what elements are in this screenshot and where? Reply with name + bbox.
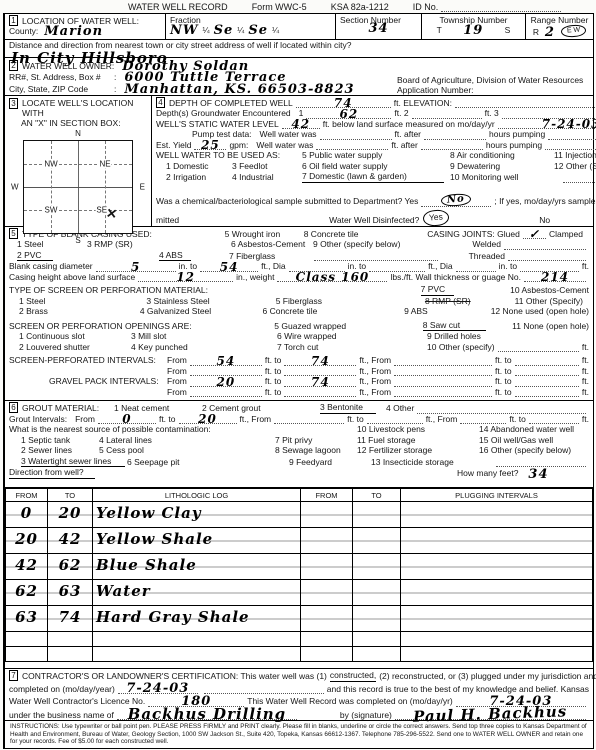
section-square: NW NE SW SE ✕	[23, 140, 133, 234]
section2-number: 2	[9, 60, 18, 71]
grout-to-blank: 20	[179, 416, 237, 424]
litho-row: 0 20 Yellow Clay	[6, 502, 593, 528]
gp4-from-blank	[394, 389, 492, 397]
form-body: 1 LOCATION OF WATER WELL: County: Marion…	[3, 13, 594, 749]
static-value: 42	[291, 121, 310, 128]
signature-blank: Paul H. Backhus	[395, 712, 586, 720]
litho-row: 42 62 Blue Shale	[6, 554, 593, 580]
square-horizontal-line	[24, 187, 132, 188]
litho-from: 42	[15, 556, 38, 574]
ft-to-label: ft. to	[509, 414, 526, 425]
signature-label: by (signature)	[340, 710, 392, 721]
ft-to-label: ft. to	[265, 355, 282, 366]
gp4-to-blank	[515, 389, 579, 397]
litho-empty-row	[6, 647, 593, 662]
grout-title: GROUT MATERIAL:	[22, 403, 114, 414]
litho-desc: Blue Shale	[96, 556, 197, 574]
gravel-intervals-label: GRAVEL PACK INTERVALS:	[9, 376, 167, 387]
screen-option-1: 1 Steel	[9, 296, 146, 307]
ft-dia-label: ft., Dia	[428, 261, 453, 272]
section-location-depth: 3 LOCATE WELL'S LOCATION WITH AN "X" IN …	[5, 96, 593, 227]
contam-option-3-selected: 3 Watertight sewer lines	[21, 456, 125, 468]
elevation-blank	[455, 100, 596, 108]
use-option-12: 12 Other (Specify below)	[554, 161, 596, 172]
gp-from-value: 20	[216, 379, 235, 386]
section-casing: 5 TYPE OF BLANK CASING USED: 5 Wrought i…	[5, 227, 593, 401]
use-option-10: 10 Monitoring well	[450, 172, 560, 183]
well-water-was: Well water was	[260, 129, 317, 140]
section3-number: 3	[9, 98, 18, 109]
screen-option-2: 2 Brass	[9, 306, 140, 317]
contam-option-8: 8 Sewage lagoon	[275, 445, 357, 456]
section6-number: 6	[9, 402, 18, 413]
business-name-label: under the business name of	[9, 710, 114, 721]
opening-option-11: 11 None (open hole)	[512, 321, 589, 332]
litho-desc: Hard Gray Shale	[96, 608, 250, 626]
use-option-4: 4 Industrial	[232, 172, 302, 183]
col-header-plugging: PLUGGING INTERVALS	[401, 489, 593, 502]
screen-option-9: 9 ABS	[404, 306, 461, 317]
casing-option-9: 9 Other (specify below)	[313, 239, 441, 250]
screen-intervals-label: SCREEN-PERFORATED INTERVALS:	[9, 355, 167, 366]
diameter-in-value: 5	[131, 264, 140, 271]
county-value: Marion	[44, 28, 103, 36]
opening-option-5: 5 Guazed wrapped	[274, 321, 422, 332]
id-blank	[441, 4, 561, 12]
constructed-underlined: constructed,	[330, 670, 376, 682]
dashed-line	[51, 141, 52, 233]
form-header: WATER WELL RECORD Form WWC-5 KSA 82a-121…	[0, 0, 596, 12]
col-header-from2: FROM	[301, 489, 353, 502]
weight-value: Class 160	[296, 274, 370, 281]
static-blank: 42	[282, 121, 320, 129]
use-option-9: 9 Dewatering	[450, 161, 554, 172]
contam-option-11: 11 Fuel storage	[357, 435, 479, 446]
sample-answer-blank: No	[421, 199, 491, 207]
township-cell: Township Number T 19 S	[421, 14, 525, 39]
wall-thickness-label: lbs./ft. Wall thickness or guage No.	[390, 272, 521, 283]
section-certification: 7 CONTRACTOR'S OR LANDOWNER'S CERTIFICAT…	[5, 668, 593, 748]
compass-west: W	[11, 182, 19, 191]
from-label: From	[167, 355, 187, 366]
litho-from: 63	[15, 608, 38, 626]
use-option-1: 1 Domestic	[156, 161, 232, 172]
use-option-2: 2 Irrigation	[156, 172, 232, 183]
contam-option-14: 14 Abandoned water well	[479, 424, 574, 435]
ft-to-label: ft. to	[347, 414, 364, 425]
from-label: From	[167, 376, 187, 387]
signature-value: Paul H. Backhus	[413, 708, 567, 722]
compass-north: N	[75, 129, 81, 138]
gw1-blank: 62	[306, 111, 391, 119]
opening-option-3: 3 Mill slot	[131, 331, 277, 342]
casing-option-6: 6 Asbestos-Cement	[231, 239, 313, 250]
height-blank: 12	[138, 274, 233, 282]
contam-option-9: 9 Feedyard	[289, 457, 371, 468]
litho-empty-row	[6, 632, 593, 647]
section-grout: 6 GROUT MATERIAL: 1 Neat cement 2 Cement…	[5, 401, 593, 488]
section-box-diagram: 3 LOCATE WELL'S LOCATION WITH AN "X" IN …	[5, 96, 152, 226]
grout2-from-blank	[274, 416, 344, 424]
contam-option-16: 16 Other (specify below)	[479, 445, 571, 456]
ft-label: ft.	[582, 366, 589, 377]
casing-option-2-selected: 2 PVC	[17, 250, 53, 262]
wall-value: 214	[541, 274, 569, 281]
fraction-cell: Fraction NW¼ Se¼ Se¼	[165, 14, 335, 39]
si-to-blank: 74	[284, 358, 356, 366]
grout3-to-blank	[529, 416, 579, 424]
joints-label: CASING JOINTS: Glued	[427, 229, 520, 240]
diameter-ft-value: 54	[220, 264, 239, 271]
col-header-to2: TO	[353, 489, 401, 502]
yield-hours-blank	[421, 142, 483, 150]
in-to-label: in. to	[499, 261, 517, 272]
litho-from: 20	[15, 530, 38, 548]
application-number-label: Application Number:	[397, 85, 589, 95]
certification-line1a: CONTRACTOR'S OR LANDOWNER'S CERTIFICATIO…	[22, 671, 327, 682]
contam-option-7: 7 Pit privy	[275, 435, 357, 446]
use-label: WELL WATER TO BE USED AS:	[156, 150, 302, 161]
range-label: Range Number	[530, 15, 589, 25]
ft-from-label: ft., From	[359, 355, 391, 366]
use-option-7-selected: 7 Domestic (lawn & garden)	[302, 171, 444, 183]
form-statute: KSA 82a-1212	[331, 2, 389, 12]
fraction-2: Se	[214, 27, 234, 35]
disinfected-yes-circled: Yes	[423, 209, 450, 226]
gp3-to-blank	[284, 389, 356, 397]
litho-to: 74	[59, 608, 82, 626]
diameter-in-blank: 5	[96, 264, 176, 272]
completed-date-value: 7-24-03	[126, 685, 189, 693]
ft-dia-label: ft., Dia	[261, 261, 286, 272]
pump-gpm-blank	[548, 132, 596, 140]
diameter-ft-blank: 54	[200, 264, 258, 272]
city-value: Manhattan, KS. 66503-8823	[124, 86, 354, 94]
fraction-1: NW	[170, 27, 198, 35]
litho-from: 0	[21, 504, 32, 522]
township-suffix: S	[505, 25, 511, 35]
col-header-from: FROM	[6, 489, 48, 502]
licence-label: Water Well Contractor's Licence No.	[9, 696, 145, 707]
address-label: RR#, St. Address, Box #	[9, 72, 114, 82]
direction-question: Direction from well?	[9, 467, 95, 479]
opening-option-7: 7 Torch cut	[277, 342, 427, 353]
sample-question: Was a chemical/bacteriological sample su…	[156, 196, 418, 207]
casing-option-7: 7 Fiberglass	[229, 251, 311, 262]
screen-option-10: 10 Asbestos-Cement	[510, 285, 589, 296]
static-date-blank: 7-24-03	[498, 121, 596, 129]
opening-option-1: 1 Continuous slot	[9, 331, 131, 342]
quarter-glyph: ¼	[237, 25, 244, 35]
ft-label: ft.	[582, 414, 589, 425]
ft-to-label: ft. to	[265, 366, 282, 377]
opening-option-2: 2 Louvered shutter	[9, 342, 131, 353]
pump-hours-blank	[424, 132, 486, 140]
completed-on-label: completed on (mo/day/year)	[9, 684, 115, 695]
gpm-colon: gpm:	[229, 140, 248, 151]
yield-gpm-blank	[545, 142, 596, 150]
litho-row: 62 63 Water	[6, 580, 593, 606]
screen-option-11: 11 Other (Specify)	[515, 296, 583, 307]
business-name-value: Backhus Drilling	[128, 710, 287, 719]
dia3-in-blank	[456, 264, 496, 272]
litho-desc: Yellow Shale	[96, 530, 213, 548]
litho-desc: Yellow Clay	[96, 504, 202, 522]
glued-blank: ✓	[523, 231, 546, 239]
yield-label: Est. Yield	[156, 140, 191, 151]
form-title: WATER WELL RECORD	[128, 2, 228, 12]
litho-row: 63 74 Hard Gray Shale	[6, 606, 593, 632]
yield-value: 25	[201, 142, 220, 149]
screen-option-12: 12 None used (open hole)	[491, 306, 589, 317]
litho-desc: Water	[96, 582, 151, 600]
clamped-label: Clamped	[549, 229, 583, 240]
contam-option-10: 10 Livestock pens	[357, 424, 479, 435]
hours-pumping: hours pumping	[489, 129, 545, 140]
owner-label: WATER WELL OWNER:	[22, 61, 114, 71]
yield-ft-blank	[316, 142, 388, 150]
from-label: From	[75, 414, 95, 425]
grout-from-blank: 0	[98, 416, 156, 424]
gp2-from-blank	[394, 379, 492, 387]
quarter-glyph: ¼	[272, 25, 279, 35]
other-casing-blank	[314, 253, 438, 261]
range-value: 2	[545, 29, 555, 37]
dia2-ft-blank	[369, 264, 425, 272]
welded-label: Welded	[441, 239, 501, 250]
contamination-question: What is the nearest source of possible c…	[9, 424, 357, 435]
static-tail: ft. below land surface measured on mo/da…	[323, 119, 495, 130]
litho-to: 42	[59, 530, 82, 548]
contam-option-5: 5 Cess pool	[99, 445, 275, 456]
ft-to-label: ft. to	[265, 387, 282, 398]
section7-number: 7	[9, 670, 18, 681]
si-from-value: 54	[216, 358, 235, 365]
ft-to-label: ft. to	[159, 414, 176, 425]
compass-south: S	[75, 236, 80, 245]
screen-option-7-selected: 7 PVC	[421, 284, 454, 296]
section4-number: 4	[156, 97, 165, 108]
contam-option-6: 6 Seepage pit	[127, 457, 289, 468]
well-water-was: Well water was	[256, 140, 313, 151]
ft-after: ft. after	[395, 129, 421, 140]
contam-option-15: 15 Oil well/Gas well	[479, 435, 553, 446]
gw-ft3: ft. 3	[485, 108, 499, 119]
ft-label: ft.	[582, 387, 589, 398]
section-number-cell: Section Number 34	[335, 14, 421, 39]
township-value: 19	[463, 27, 483, 35]
col-header-to: TO	[48, 489, 93, 502]
range-prefix: R	[533, 27, 539, 37]
gw2-blank	[412, 111, 482, 119]
use-option-6: 6 Oil field water supply	[302, 161, 450, 172]
how-many-feet-label: How many feet?	[457, 468, 518, 479]
ft-after: ft. after	[391, 140, 417, 151]
ft-to-label: ft. to	[495, 355, 512, 366]
water-well-record-form: WATER WELL RECORD Form WWC-5 KSA 82a-121…	[0, 0, 596, 750]
quadrant-ne: NE	[98, 160, 111, 169]
grout-option-4: 4 Other	[386, 403, 414, 414]
board-label: Board of Agriculture, Division of Water …	[397, 75, 589, 85]
ft-label: ft.	[582, 376, 589, 387]
opening-other-blank	[498, 344, 579, 352]
location-cell: 1 LOCATION OF WATER WELL: County: Marion	[5, 14, 165, 39]
depth-label: DEPTH OF COMPLETED WELL	[169, 98, 293, 109]
from-label: From	[167, 366, 187, 377]
id-label: ID No.	[413, 2, 439, 12]
static-level-label: WELL'S STATIC WATER LEVEL	[156, 119, 279, 130]
grout3-from-blank	[460, 416, 506, 424]
litho-row: 20 42 Yellow Shale	[6, 528, 593, 554]
range-ew-circled: E W	[560, 24, 586, 38]
pump-ft-blank	[320, 132, 392, 140]
quarter-glyph: ¼	[202, 25, 209, 35]
openings-title: SCREEN OR PERFORATION OPENINGS ARE:	[9, 321, 274, 332]
si2-from-blank	[394, 358, 492, 366]
gp-to-blank: 74	[284, 379, 356, 387]
screen-option-5: 5 Fiberglass	[276, 296, 425, 307]
ft-label: ft.	[582, 355, 589, 366]
grout-other-blank	[417, 406, 586, 414]
contam-option-13: 13 Insecticide storage	[371, 457, 493, 468]
lithologic-table-section: FROM TO LITHOLOGIC LOG FROM TO PLUGGING …	[5, 488, 593, 668]
grout-option-2: 2 Cement grout	[202, 403, 320, 414]
section3-title-2: AN "X" IN SECTION BOX:	[9, 118, 147, 128]
gp2-to-blank	[515, 379, 579, 387]
threaded-blank	[508, 253, 586, 261]
well-x-mark: ✕	[105, 207, 118, 223]
grout-option-3-selected: 3 Bentonite	[320, 402, 376, 414]
litho-to: 63	[59, 582, 82, 600]
si4-from-blank	[394, 368, 492, 376]
ft-to-label: ft. to	[495, 376, 512, 387]
use-option-8: 8 Air conditioning	[450, 150, 554, 161]
dashed-line	[24, 164, 132, 165]
disinfected-label: Water Well Disinfected?	[329, 215, 419, 226]
use-option-11: 11 Injection well	[554, 150, 596, 161]
ft-to-label: ft. to	[495, 366, 512, 377]
casing-option-8: 8 Concrete tile	[304, 229, 428, 240]
weight-label: in., weight	[236, 272, 274, 283]
form-instructions: INSTRUCTIONS: Use typewriter or ball poi…	[5, 720, 593, 748]
colon: :	[114, 72, 116, 82]
screen-option-4: 4 Galvanized Steel	[140, 306, 263, 317]
township-prefix: T	[437, 25, 442, 35]
opening-option-10: 10 Other (specify)	[427, 342, 495, 353]
quadrant-nw: NW	[43, 160, 58, 169]
screen-material-title: TYPE OF SCREEN OR PERFORATION MATERIAL:	[9, 285, 421, 296]
business-name-blank: Backhus Drilling	[117, 712, 297, 720]
opening-option-8-selected: 8 Saw cut	[423, 320, 486, 332]
certification-line1b: (2) reconstructed, or (3) plugged under …	[379, 671, 596, 682]
quadrant-sw: SW	[44, 206, 59, 215]
ft-to-label: ft. to	[265, 376, 282, 387]
ft-from-label: ft., From	[359, 366, 391, 377]
ft-label: ft.	[582, 342, 589, 353]
use-option-3: 3 Feedlot	[232, 161, 302, 172]
litho-to: 20	[59, 504, 82, 522]
depth-value: 74	[334, 100, 353, 107]
ft-to-label: ft. to	[495, 387, 512, 398]
glued-check: ✓	[529, 231, 540, 238]
contam-option-2: 2 Sewer lines	[9, 445, 99, 456]
ft-from-label: ft., From	[426, 414, 458, 425]
screen-option-8-struck: 8 RMP (SR)	[425, 296, 485, 307]
weight-blank: Class 160	[277, 274, 387, 282]
section-owner: 2 WATER WELL OWNER: Dorothy Soldan RR#, …	[5, 58, 593, 96]
si-from-blank: 54	[190, 358, 262, 366]
contam-other-blank	[496, 459, 586, 467]
wall-blank: 214	[524, 274, 586, 282]
diameter-label: Blank casing diameter	[9, 261, 93, 272]
gw-ft2: ft. 2	[394, 108, 408, 119]
range-cell: Range Number R 2 E W	[525, 14, 593, 39]
groundwater-label: Depth(s) Groundwater Encountered	[156, 108, 291, 119]
casing-option-5: 5 Wrought iron	[225, 229, 304, 240]
gp-from-blank: 20	[190, 379, 262, 387]
opening-option-9: 9 Drilled holes	[427, 331, 481, 342]
section3-title-1: LOCATE WELL'S LOCATION WITH	[22, 98, 147, 118]
section-location: 1 LOCATION OF WATER WELL: County: Marion…	[5, 14, 593, 58]
col-header-lithologic-log: LITHOLOGIC LOG	[93, 489, 301, 502]
section-number-value: 34	[340, 25, 417, 33]
county-label: County:	[9, 26, 38, 36]
contam-option-1: 1 Septic tank	[9, 435, 99, 446]
hours-pumping: hours pumping	[486, 140, 542, 151]
grout-to-value: 20	[198, 416, 217, 423]
grout-intervals-label: Grout Intervals:	[9, 414, 67, 425]
screen-option-6: 6 Concrete tile	[263, 306, 405, 317]
sample-question-tail2: mitted	[156, 215, 179, 226]
ft-from-label: ft., From	[240, 414, 272, 425]
ft-from-label: ft., From	[359, 387, 391, 398]
address-value: 6000 Tuttle Terrace	[124, 74, 286, 82]
gp-to-value: 74	[311, 379, 330, 386]
litho-from: 62	[15, 582, 38, 600]
disinfected-no: No	[539, 215, 550, 226]
ft-label: ft.	[582, 261, 589, 272]
yield-blank: 25	[194, 142, 226, 150]
certification-line2b: and this record is true to the best of m…	[327, 684, 589, 695]
from-label: From	[167, 387, 187, 398]
screen-option-3: 3 Stainless Steel	[146, 296, 275, 307]
grout2-to-blank	[367, 416, 423, 424]
compass-east: E	[140, 182, 145, 191]
welded-blank	[504, 242, 586, 250]
grout-from-value: 0	[122, 416, 131, 423]
contam-option-12: 12 Fertilizer storage	[357, 445, 479, 456]
lithologic-table: FROM TO LITHOLOGIC LOG FROM TO PLUGGING …	[5, 488, 593, 662]
completed-fill-blank	[204, 686, 324, 694]
sample-question-tail: ; If yes, mo/day/yrs sample was sub-	[494, 196, 596, 207]
form-id: ID No.	[413, 2, 565, 12]
opening-option-4: 4 Key punched	[131, 342, 277, 353]
ft-from-label: ft., From	[359, 376, 391, 387]
si4-to-blank	[515, 368, 579, 376]
threaded-label: Threaded	[441, 251, 505, 262]
height-label: Casing height above land surface	[9, 272, 135, 283]
gw1-value: 62	[340, 111, 359, 118]
static-date-value: 7-24-03	[542, 121, 596, 128]
gp3-from-blank	[190, 389, 262, 397]
feet-value: 34	[528, 471, 548, 479]
si2-to-blank	[515, 358, 579, 366]
colon: :	[114, 84, 116, 94]
section1-number: 1	[9, 15, 18, 26]
fraction-3: Se	[248, 27, 268, 35]
use-other-blank	[563, 175, 596, 183]
casing-option-4: 4 ABS	[159, 250, 191, 262]
